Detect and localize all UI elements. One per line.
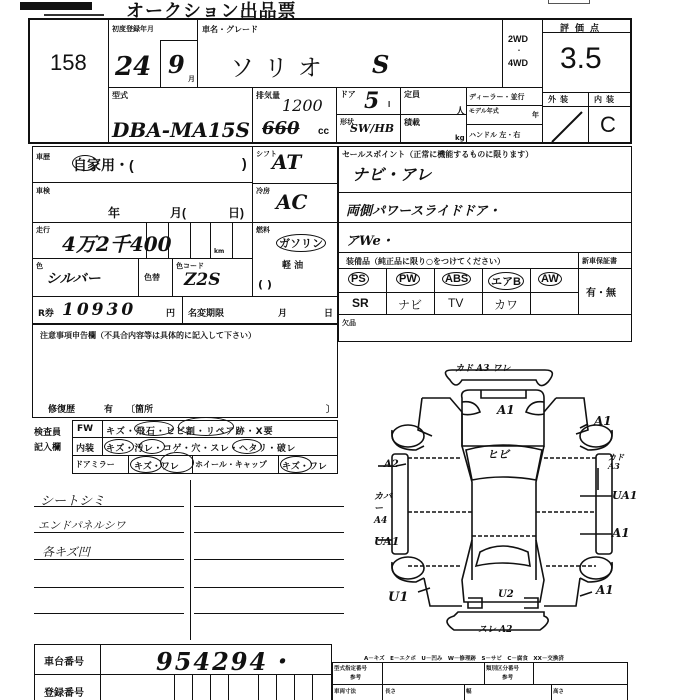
divider [338, 252, 632, 253]
divider [252, 183, 338, 184]
bottom-table-frame [332, 662, 628, 700]
divider [338, 192, 632, 193]
divider [551, 684, 552, 700]
divider [294, 674, 295, 700]
sales-point-line-2: 両側パワースライドドア・ [346, 200, 501, 219]
dimension-width-label: 幅 [466, 687, 472, 695]
divider [32, 182, 252, 183]
first-registration-year: 24 [115, 52, 151, 82]
displacement-struck-value: 660 [262, 118, 300, 139]
equipment-aw: AW [538, 272, 562, 286]
first-registration-label: 初度登録年月 [112, 24, 154, 34]
aircon-label: 冷房 [256, 186, 270, 196]
header-stamp-box [548, 0, 590, 4]
header-logo-underline [44, 14, 104, 16]
inspection-day-unit: 日) [228, 204, 244, 221]
divider [228, 674, 229, 700]
repair-history-value: 有 [104, 402, 113, 415]
divider [252, 87, 253, 144]
divider [338, 292, 578, 293]
divider [530, 268, 531, 314]
damage-legend: A－キズ E－エクボ U－凹み W－修理跡 S－サビ C－腐食 XX－交換済 [364, 654, 564, 662]
diagram-mark-left-rear-fender: U1 [388, 590, 408, 605]
fuel-label: 燃料 [256, 225, 270, 235]
divider [174, 674, 175, 700]
equipment-leather: カワ [494, 296, 518, 313]
divider [210, 674, 211, 700]
equipment-abs: ABS [442, 272, 471, 286]
registration-label: 登録番号 [44, 684, 84, 699]
diagram-mark-left-rear-door: UA1 [374, 535, 399, 548]
divider [100, 644, 101, 700]
divider [32, 222, 252, 223]
divider [466, 87, 467, 144]
divider [160, 40, 161, 87]
doors-value: 5 [364, 88, 379, 114]
note-line [194, 613, 344, 614]
divider [382, 662, 383, 700]
warranty-label: 新車保証書 [582, 256, 617, 266]
divider [72, 437, 338, 438]
circle-mark-sure [232, 439, 262, 454]
exterior-slash-mark [548, 108, 588, 144]
inspection-label: 車検 [36, 186, 50, 196]
equipment-ps: PS [348, 272, 369, 286]
divider [484, 662, 485, 684]
notes-column-divider [190, 480, 191, 640]
divider [160, 40, 198, 41]
divider [466, 105, 543, 106]
header-logo-bar [20, 2, 92, 10]
divider [338, 268, 632, 269]
name-change-label: 名変期限 [188, 306, 224, 319]
displacement-label: 排気量 [256, 90, 280, 101]
recycle-value: 10930 [62, 300, 136, 320]
circle-mark-kizu [104, 439, 134, 454]
diagram-mark-front-right-fender: A1 [594, 414, 612, 428]
exterior-label: 外装 [548, 94, 572, 105]
divider [108, 87, 543, 88]
divider [32, 258, 252, 259]
capacity-label: 定員 [404, 89, 420, 100]
notes-label: 注意事項申告欄（不具合内容等は具体的に記入して下さい） [40, 330, 256, 341]
inspector-label-2: 記入欄 [34, 440, 61, 453]
divider [542, 19, 543, 144]
divider [252, 146, 253, 296]
usage-value: 自家用・( [73, 155, 134, 175]
divider [258, 674, 259, 700]
handwritten-note-2: エンドパネルシワ [38, 517, 126, 533]
inspector-row-wheel-head: ホイール・キャップ [195, 459, 267, 470]
color-change-label: 色替 [144, 272, 160, 283]
diagram-mark-right-pillar: カド A3 [608, 453, 630, 471]
car-name-label: 車名・グレード [202, 24, 258, 35]
circle-mark-mirror-kizu [130, 456, 162, 473]
usage-label: 車歴 [36, 152, 50, 162]
note-line [194, 587, 344, 588]
missing-items-label: 欠品 [342, 318, 356, 328]
model-year-unit: 年 [532, 110, 539, 120]
interior-value: C [600, 112, 616, 138]
model-code-label: 型式 [112, 90, 128, 101]
mileage-label: 走行 [36, 225, 50, 235]
divider [172, 258, 173, 296]
repair-history-close: 〕 [326, 402, 335, 415]
repair-history-paren: 〔箇所 [126, 402, 153, 415]
mileage-value: 4万2千400 [62, 228, 172, 257]
note-line [194, 532, 344, 533]
name-change-month: 月 [278, 306, 287, 319]
shift-value: AT [272, 150, 301, 174]
divider [588, 92, 589, 144]
classification-sub: 参考 [502, 673, 513, 681]
diagram-mark-front-bumper: カド A3 ワレ [455, 361, 511, 374]
doors-label: ドア [340, 89, 356, 100]
score-label: 評価点 [560, 21, 605, 34]
circle-mark-wheel-kizu [280, 456, 312, 473]
displacement-unit: cc [318, 126, 329, 137]
doors-tick: I [388, 100, 390, 109]
divider [278, 455, 279, 474]
chassis-label: 車台番号 [44, 653, 84, 668]
divider [466, 124, 543, 125]
divider [400, 87, 401, 144]
divider [146, 222, 147, 258]
aircon-value: AC [276, 190, 307, 214]
model-designation-sub: 参考 [350, 673, 361, 681]
diagram-mark-rear-bumper: スレ A2 [478, 622, 512, 635]
divider [168, 222, 169, 258]
divider [210, 222, 211, 258]
color-code-value: Z2S [184, 270, 221, 290]
circle-mark-hibiware [178, 417, 234, 436]
inspector-row-interior-items: キズ・汚レ・コゲ・穴・スレ・ヘタリ・破レ [106, 441, 296, 454]
divider [138, 258, 139, 296]
divider [182, 296, 183, 324]
divider [312, 674, 313, 700]
divider [434, 268, 435, 314]
equipment-airbag: エアB [488, 272, 524, 290]
equipment-navi: ナビ [398, 296, 422, 313]
diagram-mark-right-front-door: UA1 [612, 489, 637, 502]
sales-point-line-3: アWe・ [346, 230, 394, 249]
inspector-row-mirror-head: ドアミラー [75, 459, 115, 470]
model-designation-label: 型式指定番号 [334, 664, 367, 672]
equipment-tv: TV [448, 296, 463, 310]
note-line [34, 587, 184, 588]
inspector-row-fw-head: FW [77, 424, 93, 434]
divider [386, 268, 387, 314]
diagram-mark-right-rear-fender: A1 [596, 583, 614, 597]
inspection-year-unit: 年 [108, 204, 120, 221]
divider [578, 252, 579, 314]
warranty-value: 有・無 [586, 284, 616, 299]
diagram-mark-trunk: U2 [498, 589, 514, 600]
note-line [34, 613, 184, 614]
circle-mark-yogore [139, 439, 165, 454]
capacity-unit: 人 [456, 104, 465, 117]
diagram-mark-right-rear-door: A1 [612, 526, 630, 540]
divider [190, 222, 191, 258]
score-value: 3.5 [560, 42, 602, 76]
diagram-mark-windshield: ヒビ [487, 446, 509, 462]
divider [542, 92, 632, 93]
usage-close: ) [242, 155, 247, 171]
divider [502, 19, 503, 87]
load-unit: kg [455, 134, 465, 142]
handle-label: ハンドル 左・右 [469, 130, 520, 140]
fuel-paren: ( ) [258, 278, 272, 291]
inspector-label-1: 検査員 [34, 425, 61, 438]
divider [542, 106, 632, 107]
divider [332, 684, 628, 685]
dimension-height-label: 高さ [553, 687, 564, 695]
divider [533, 662, 534, 684]
car-grade-value: S [372, 50, 389, 79]
equipment-label: 装備品（純正品に限り○をつけてください） [346, 256, 505, 267]
divider [197, 19, 198, 87]
circle-mark-hiseki [134, 421, 174, 436]
note-line [194, 559, 344, 560]
lot-number: 158 [50, 50, 87, 76]
equipment-sr: SR [352, 296, 369, 310]
divider [276, 674, 277, 700]
shape-value: SW/HB [350, 122, 394, 135]
sales-points-label: セールスポイント（正常に機能するものに限ります） [342, 149, 533, 160]
drive-4wd: 4WD [508, 58, 528, 68]
recycle-unit: 円 [166, 306, 175, 319]
diagram-mark-bonnet: A1 [497, 403, 515, 417]
divider [336, 114, 466, 115]
divider [338, 314, 632, 315]
divider [252, 222, 338, 223]
divider [32, 296, 338, 297]
interior-label: 内装 [594, 94, 618, 105]
chassis-value: 954294・ [156, 642, 294, 677]
recycle-label: R券 [38, 306, 54, 319]
load-label: 積載 [404, 117, 420, 128]
car-name-value: ソリオ [230, 48, 332, 83]
diagram-mark-left-pillar: A2 [384, 459, 399, 470]
divider [464, 684, 465, 700]
divider [232, 222, 233, 258]
divider [128, 455, 129, 474]
handwritten-note-3: 各キズ凹 [42, 543, 90, 560]
repair-history-label: 修復歴 [48, 402, 75, 415]
inspection-month-unit: 月( [170, 204, 186, 221]
divider [102, 420, 103, 456]
name-change-day: 日 [324, 306, 333, 319]
divider [482, 268, 483, 314]
dimensions-label: 車両寸法 [334, 687, 356, 695]
note-line [194, 506, 344, 507]
month-unit: 月 [188, 74, 195, 84]
color-value: シルバー [46, 268, 101, 288]
drive-separator: ・ [515, 45, 523, 56]
displacement-value: 1200 [282, 96, 323, 115]
model-year-label: モデル年式 [469, 109, 499, 115]
mileage-unit: km [214, 248, 224, 255]
inspector-row-interior-head: 内装 [76, 441, 94, 454]
divider [338, 222, 632, 223]
circle-mark-mirror-ware [160, 452, 194, 473]
divider [192, 674, 193, 700]
classification-label: 類別区分番号 [486, 664, 519, 672]
divider [108, 19, 109, 144]
drive-2wd: 2WD [508, 34, 528, 44]
divider [336, 87, 337, 144]
fuel-value: ガソリン [276, 234, 326, 252]
fuel-option-diesel: 軽 油 [282, 258, 303, 271]
equipment-pw: PW [396, 272, 420, 286]
model-code-value: DBA-MA15S [112, 118, 250, 142]
color-label: 色 [36, 261, 43, 271]
sales-point-line-1: ナビ・アレ [352, 162, 431, 185]
dimension-length-label: 長さ [385, 687, 396, 695]
first-registration-month: 9 [168, 50, 185, 79]
dealer-label: ディーラー・並行 [469, 92, 524, 102]
diagram-mark-left-sill: カバー A4 [374, 491, 398, 527]
handwritten-note-1: シートシミ [40, 490, 105, 509]
